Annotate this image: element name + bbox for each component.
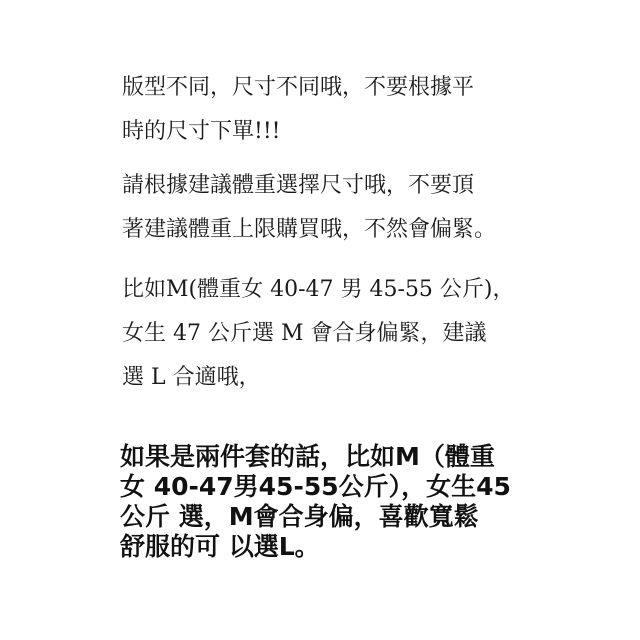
text-line: 公斤 選，M會合身偏，喜歡寬鬆 [120, 502, 511, 532]
text-line: 比如M(體重女 40-47 男 45-55 公斤)， [122, 268, 515, 312]
paragraph-weight-advice: 請根據建議體重選擇尺寸哦，不要頂 著建議體重上限購買哦，不然會偏緊。 [122, 164, 496, 252]
text-line: 女 40-47男45-55公斤），女生45 [120, 472, 511, 502]
paragraph-size-warning: 版型不同，尺寸不同哦，不要根據平 時的尺寸下單!!! [122, 66, 474, 154]
text-line: 舒服的可 以選L。 [120, 532, 511, 562]
text-line: 如果是兩件套的話，比如M（體重 [120, 442, 511, 472]
text-line: 選 L 合適哦， [122, 356, 515, 400]
text-line: 版型不同，尺寸不同哦，不要根據平 [122, 66, 474, 110]
text-line: 著建議體重上限購買哦，不然會偏緊。 [122, 208, 496, 252]
text-line: 請根據建議體重選擇尺寸哦，不要頂 [122, 164, 496, 208]
text-line: 時的尺寸下單!!! [122, 110, 474, 154]
paragraph-example: 比如M(體重女 40-47 男 45-55 公斤)， 女生 47 公斤選 M 會… [122, 268, 515, 400]
text-line: 女生 47 公斤選 M 會合身偏緊，建議 [122, 312, 515, 356]
paragraph-two-piece-set-note: 如果是兩件套的話，比如M（體重 女 40-47男45-55公斤），女生45 公斤… [120, 442, 511, 562]
